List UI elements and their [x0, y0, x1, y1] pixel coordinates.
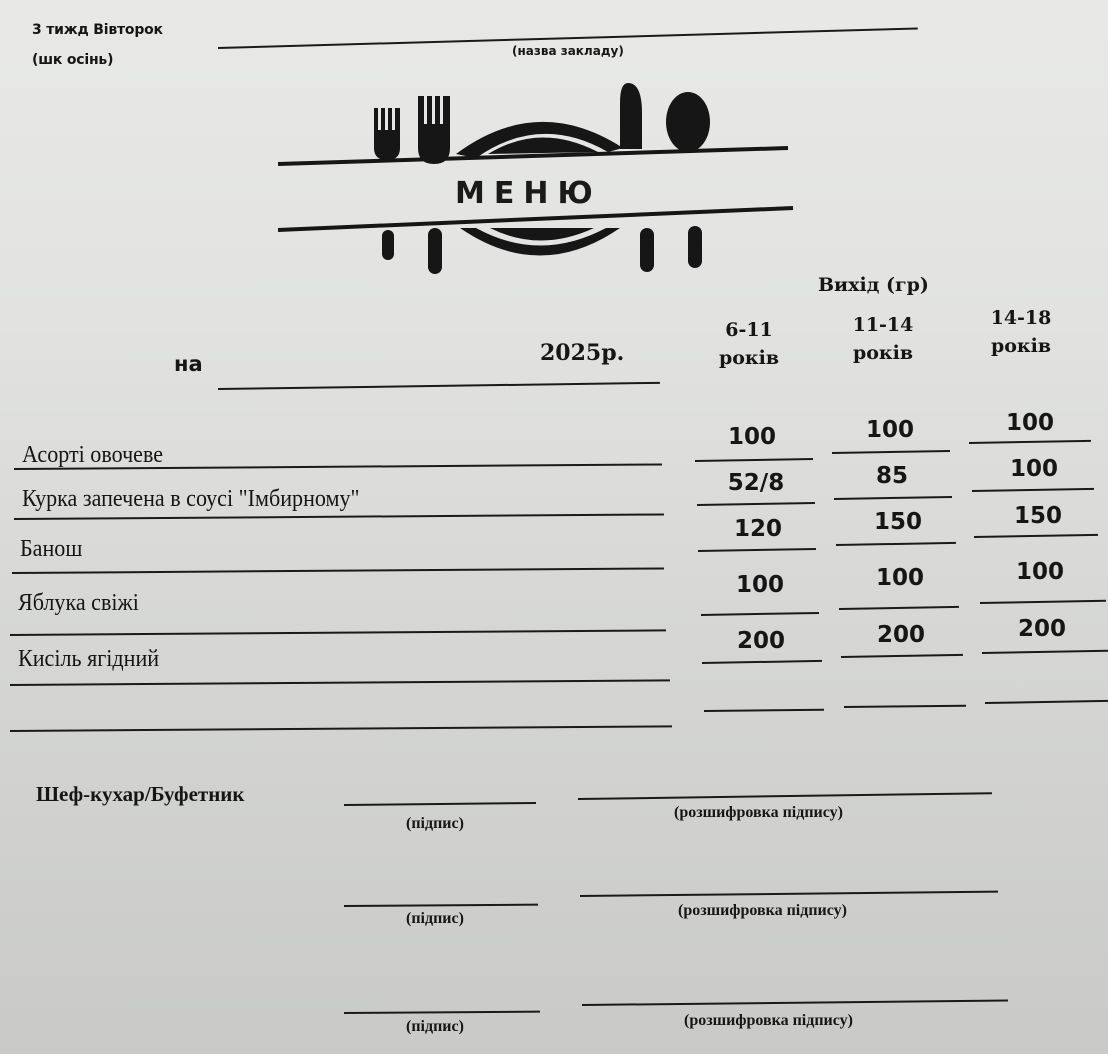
signature-caption: (підпис) — [406, 815, 464, 833]
value-6-11: 120 — [698, 516, 818, 542]
value-14-18: 100 — [980, 559, 1100, 585]
col-unit: років — [828, 339, 938, 367]
col-unit: років — [966, 332, 1076, 360]
row-line — [12, 567, 664, 574]
value-11-14: 200 — [841, 622, 961, 648]
col-header-14-18: 14-18 років — [966, 304, 1076, 360]
value-14-18: 150 — [978, 503, 1098, 529]
value-line — [695, 458, 813, 462]
dish-name: Асорті овочеве — [22, 442, 163, 469]
value-line — [701, 612, 819, 616]
signature-caption: (підпис) — [406, 1018, 464, 1036]
value-line — [839, 606, 959, 610]
col-range: 11-14 — [828, 311, 938, 339]
col-header-6-11: 6-11 років — [694, 316, 804, 372]
role-label: Шеф-кухар/Буфетник — [36, 782, 245, 807]
value-11-14: 150 — [838, 509, 958, 535]
value-line[interactable] — [985, 700, 1108, 704]
value-14-18: 100 — [970, 410, 1090, 436]
value-line — [982, 650, 1108, 654]
signature-caption: (підпис) — [406, 910, 464, 928]
value-14-18: 100 — [974, 456, 1094, 482]
row-line — [14, 513, 664, 520]
signature-field[interactable] — [344, 904, 538, 907]
value-line — [969, 440, 1091, 444]
decode-caption: (розшифровка підпису) — [684, 1012, 853, 1030]
value-11-14: 100 — [830, 417, 950, 443]
signature-decode-field[interactable] — [582, 1000, 1008, 1006]
col-header-11-14: 11-14 років — [828, 311, 938, 367]
dish-name: Кисіль ягідний — [18, 646, 159, 673]
signature-field[interactable] — [344, 802, 536, 806]
dish-name: Яблука свіжі — [18, 590, 139, 617]
week-day-label: 3 тижд Вівторок — [32, 22, 163, 38]
value-11-14: 100 — [840, 565, 960, 591]
row-line — [10, 629, 666, 636]
year-label: 2025р. — [540, 340, 624, 366]
value-line — [841, 654, 963, 658]
value-11-14: 85 — [832, 463, 952, 489]
col-unit: років — [694, 344, 804, 372]
col-range: 6-11 — [694, 316, 804, 344]
value-6-11: 100 — [692, 424, 812, 450]
value-line — [832, 450, 950, 454]
dish-name: Курка запечена в соусі "Імбирному" — [22, 486, 360, 513]
value-6-11: 52/8 — [696, 470, 816, 496]
decode-caption: (розшифровка підпису) — [674, 804, 843, 822]
value-line — [974, 534, 1098, 538]
value-line — [698, 548, 816, 552]
value-6-11: 100 — [700, 572, 820, 598]
value-line — [702, 660, 822, 664]
signature-decode-field[interactable] — [578, 792, 992, 800]
value-6-11: 200 — [701, 628, 821, 654]
date-prefix: на — [174, 352, 203, 376]
date-field[interactable] — [218, 382, 660, 390]
season-label: (шк осінь) — [32, 52, 113, 68]
signature-decode-field[interactable] — [580, 891, 998, 897]
row-line — [10, 679, 670, 686]
establishment-caption: (назва закладу) — [512, 44, 624, 58]
value-line[interactable] — [704, 709, 824, 712]
value-line — [697, 502, 815, 506]
value-line — [980, 600, 1106, 604]
value-line — [834, 496, 952, 500]
decode-caption: (розшифровка підпису) — [678, 902, 847, 920]
value-line[interactable] — [844, 705, 966, 708]
output-header: Вихід (гр) — [818, 274, 929, 296]
row-line[interactable] — [10, 725, 672, 732]
col-range: 14-18 — [966, 304, 1076, 332]
signature-field[interactable] — [344, 1011, 540, 1014]
dish-name: Банош — [20, 536, 82, 563]
value-14-18: 200 — [982, 616, 1102, 642]
menu-title: МЕНЮ — [455, 176, 602, 211]
value-line — [836, 542, 956, 546]
value-line — [972, 488, 1094, 492]
